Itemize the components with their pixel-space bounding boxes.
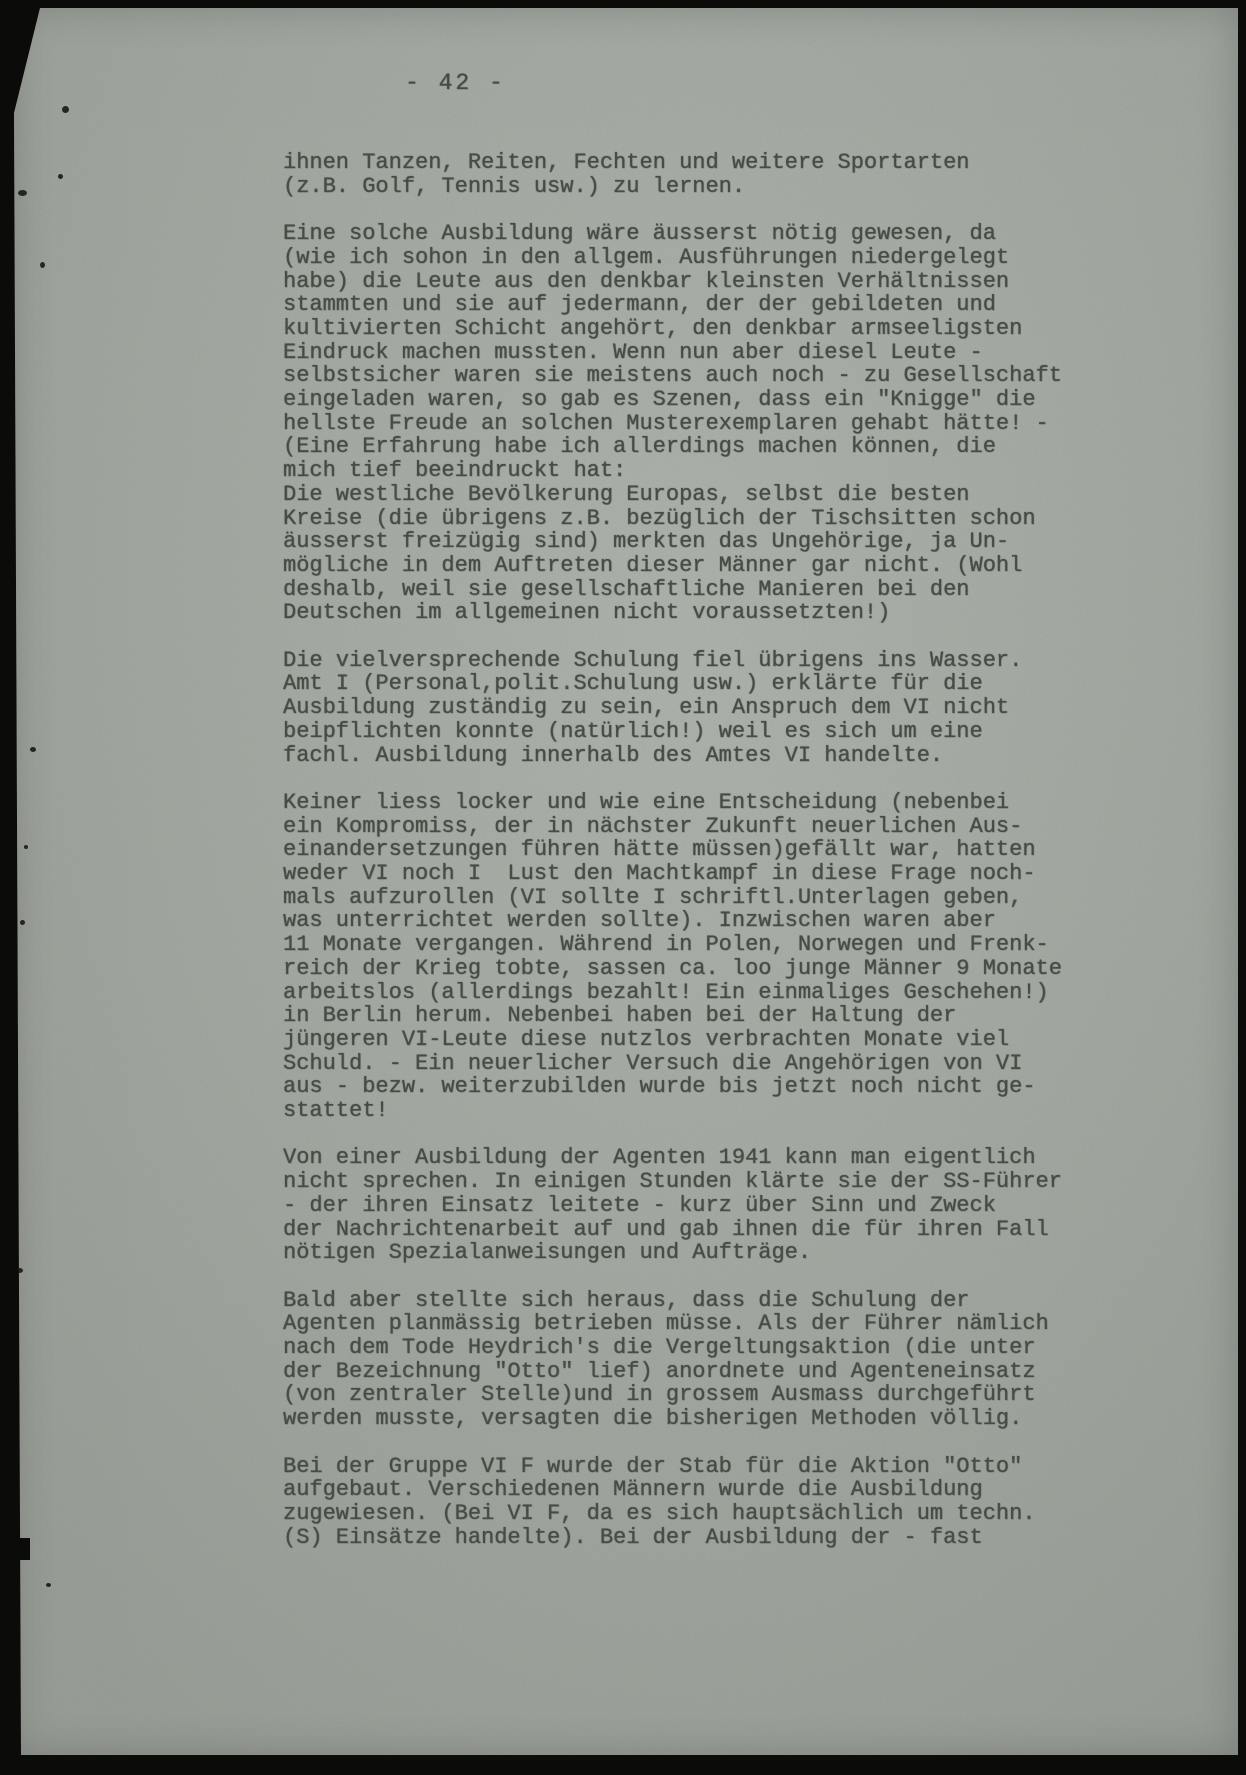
ink-speck: [24, 845, 28, 849]
ink-speck: [30, 747, 36, 752]
ink-speck: [58, 174, 63, 179]
paragraph-schulung: Die vielversprechende Schulung fiel übri…: [283, 649, 1113, 768]
paragraph-gruppe-vi-f: Bei der Gruppe VI F wurde der Stab für d…: [283, 1455, 1113, 1550]
paper-sheet: - 42 - ihnen Tanzen, Reiten, Fechten und…: [14, 8, 1238, 1755]
ink-speck: [18, 190, 27, 196]
paragraph-ausbildung: Eine solche Ausbildung wäre äusserst nöt…: [283, 222, 1113, 625]
paragraph-sports: ihnen Tanzen, Reiten, Fechten und weiter…: [283, 151, 1113, 198]
paragraph-agenten-1941: Von einer Ausbildung der Agenten 1941 ka…: [283, 1146, 1113, 1265]
page-number: - 42 -: [405, 70, 506, 96]
document-text: ihnen Tanzen, Reiten, Fechten und weiter…: [283, 151, 1113, 1573]
ink-speck: [46, 1583, 51, 1587]
scan-frame: { "page": { "number_label": "- 42 -" }, …: [0, 0, 1246, 1775]
ink-speck: [20, 920, 25, 925]
frame-notch: [0, 1538, 30, 1560]
ink-speck: [62, 106, 69, 113]
paragraph-machtkampf: Keiner liess locker und wie eine Entsche…: [283, 791, 1113, 1123]
ink-speck: [16, 1268, 23, 1273]
paragraph-aktion-otto: Bald aber stellte sich heraus, dass die …: [283, 1289, 1113, 1431]
ink-speck: [40, 262, 45, 268]
